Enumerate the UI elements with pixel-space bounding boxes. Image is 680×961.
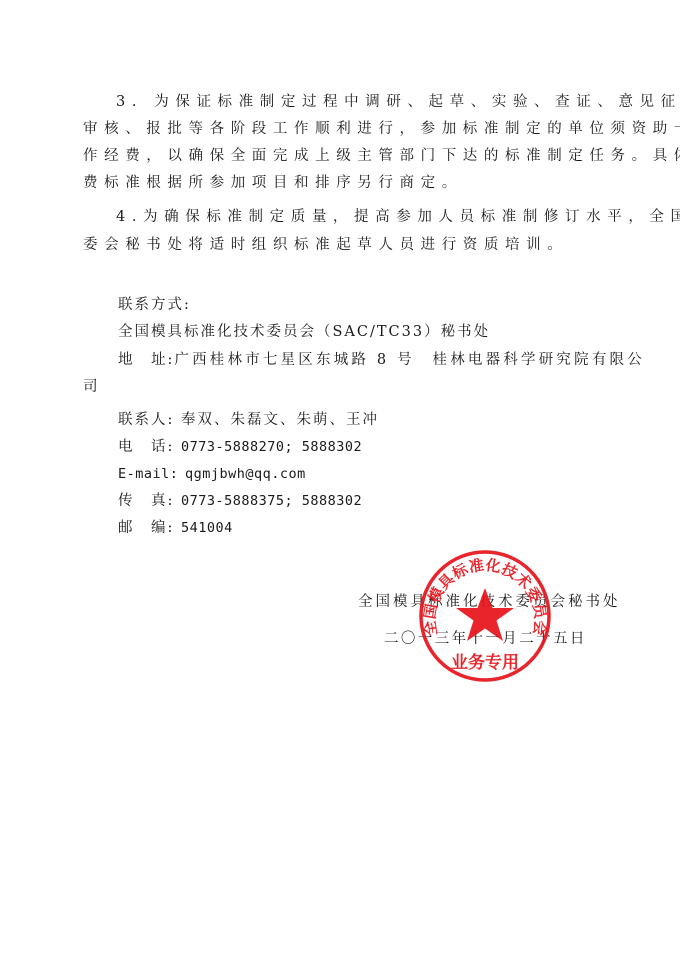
email-label: E-mail:: [118, 466, 178, 482]
contact-organization: 全国模具标准化技术委员会（SAC/TC33）秘书处: [118, 322, 490, 342]
contact-fax-row: 传 真: 0773-5888375; 5888302: [118, 491, 362, 511]
email-value[interactable]: qgmjbwh@qq.com: [185, 466, 306, 482]
contact-heading: 联系方式:: [118, 295, 191, 315]
contact-email-row: E-mail: qgmjbwh@qq.com: [118, 464, 306, 484]
paragraph-4-line-2: 委会秘书处将适时组织标准起草人员进行资质培训。: [83, 235, 568, 255]
address-value: 广西桂林市七星区东城路 8 号 桂林电器科学研究院有限公: [174, 352, 645, 368]
document-page: 3. 为保证标准制定过程中调研、起草、实验、查证、意见征集、修改、 审核、报批等…: [0, 0, 680, 961]
contacts-label: 联系人:: [118, 412, 174, 428]
paragraph-3-line-1: 3. 为保证标准制定过程中调研、起草、实验、查证、意见征集、修改、: [116, 92, 680, 112]
address-wrap: 司: [83, 377, 100, 397]
seal-bottom-text: 业务专用: [451, 652, 519, 673]
contacts-value: 奉双、朱磊文、朱萌、王冲: [181, 412, 379, 428]
paragraph-3-line-4: 费标准根据所参加项目和排序另行商定。: [83, 173, 463, 193]
postcode-value: 541004: [181, 520, 233, 536]
fax-label: 传 真:: [118, 493, 174, 509]
phone-label: 电 话:: [118, 439, 174, 455]
contact-phone-row: 电 话: 0773-5888270; 5888302: [118, 437, 362, 457]
address-label: 地 址:: [118, 352, 174, 368]
fax-value: 0773-5888375; 5888302: [181, 493, 362, 509]
contact-postcode-row: 邮 编: 541004: [118, 518, 233, 538]
paragraph-3-line-3: 作经费，以确保全面完成上级主管部门下达的标准制定任务。具体资助经: [83, 146, 680, 166]
paragraph-3-line-2: 审核、报批等各阶段工作顺利进行，参加标准制定的单位须资助一定的工: [83, 119, 680, 139]
official-seal-stamp: 全国模具标准化技术委员会 业务专用: [417, 548, 553, 684]
contact-address-row: 地 址:广西桂林市七星区东城路 8 号 桂林电器科学研究院有限公: [118, 350, 645, 370]
paragraph-4-line-1: 4.为确保标准制定质量，提高参加人员标准制修订水平，全国模具标: [116, 207, 680, 227]
postcode-label: 邮 编:: [118, 520, 174, 536]
contact-persons-row: 联系人: 奉双、朱磊文、朱萌、王冲: [118, 410, 379, 430]
phone-value: 0773-5888270; 5888302: [181, 439, 362, 455]
star-icon: [456, 588, 514, 641]
